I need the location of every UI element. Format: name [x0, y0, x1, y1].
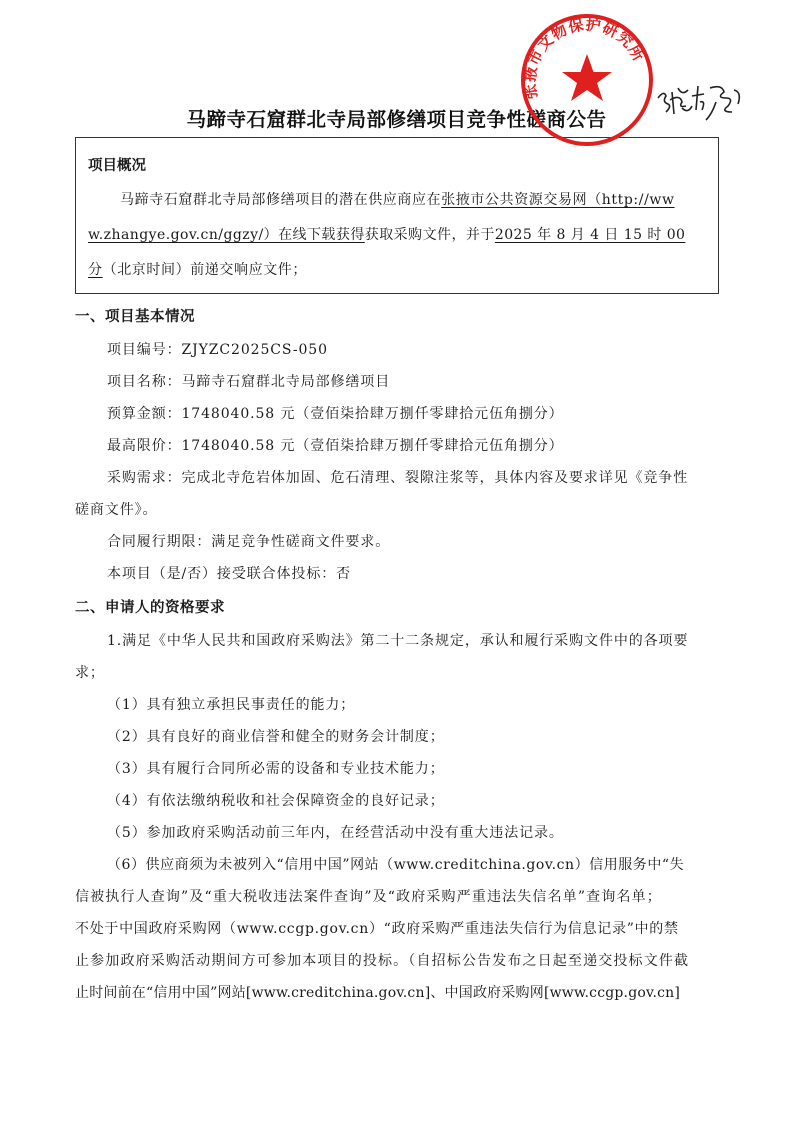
trading-site-link[interactable]: 张掖市公共资源交易网（http://ww [441, 192, 674, 208]
budget-amount: 预算金额：1748040.58 元（壹佰柒拾肆万捌仟零肆拾元伍角捌分） [107, 403, 564, 423]
trading-site-url-link[interactable]: w.zhangye.gov.cn/ggzy/）在线下载获得 [88, 227, 365, 243]
section-1-heading: 一、项目基本情况 [75, 305, 195, 326]
project-number: 项目编号：ZJYZC2025CS-050 [107, 339, 328, 359]
consortium-bid: 本项目（是/否）接受联合体投标：否 [107, 563, 351, 583]
qualification-item-6-line: 止时间前在“信用中国”网站[www.creditchina.gov.cn]、中国… [75, 982, 680, 1002]
qualification-item-1-line-1: 1.满足《中华人民共和国政府采购法》第二十二条规定，承认和履行采购文件中的各项要 [107, 630, 688, 650]
svg-text:张掖市文物保护研究所: 张掖市文物保护研究所 [520, 16, 648, 101]
qualification-subitem: （3）具有履行合同所必需的设备和专业技术能力； [107, 758, 445, 778]
qualification-subitem: （5）参加政府采购活动前三年内，在经营活动中没有重大违法记录。 [107, 822, 564, 842]
deadline-minute: 分 [88, 262, 103, 278]
deadline-datetime: 2025 年 8 月 4 日 15 时 00 [495, 227, 686, 243]
signature-icon [652, 76, 747, 124]
overview-line-2: w.zhangye.gov.cn/ggzy/）在线下载获得获取采购文件，并于20… [88, 224, 685, 244]
qualification-subitem: （2）具有良好的商业信誉和健全的财务会计制度； [107, 726, 445, 746]
qualification-item-6-line: 止参加政府采购活动期间方可参加本项目的投标。（自招标公告发布之日起至递交投标文件… [75, 950, 689, 970]
overview-heading: 项目概况 [88, 154, 146, 175]
qualification-subitem: （4）有依法缴纳税收和社会保障资金的良好记录； [107, 790, 445, 810]
procurement-requirement-line-1: 采购需求：完成北寺危岩体加固、危石清理、裂隙注浆等，具体内容及要求详见《竞争性 [107, 467, 688, 487]
qualification-subitem: （1）具有独立承担民事责任的能力； [107, 694, 355, 714]
overview-line-1: 马蹄寺石窟群北寺局部修缮项目的潜在供应商应在张掖市公共资源交易网（http://… [120, 189, 675, 209]
qualification-item-6-line: （6）供应商须为未被列入“信用中国”网站（www.creditchina.gov… [107, 854, 684, 874]
project-name: 项目名称：马蹄寺石窟群北寺局部修缮项目 [107, 371, 390, 391]
max-price: 最高限价：1748040.58 元（壹佰柒拾肆万捌仟零肆拾元伍角捌分） [107, 435, 564, 455]
contract-period: 合同履行期限：满足竞争性磋商文件要求。 [107, 531, 390, 551]
qualification-item-6-line: 信被执行人查询”及“重大税收违法案件查询”及“政府采购严重违法失信名单”查询名单… [75, 886, 662, 906]
project-overview-box: 项目概况 马蹄寺石窟群北寺局部修缮项目的潜在供应商应在张掖市公共资源交易网（ht… [75, 137, 719, 294]
overview-text: （北京时间）前递交响应文件； [103, 262, 307, 278]
procurement-requirement-line-2: 磋商文件》。 [75, 499, 157, 519]
qualification-item-1-line-2: 求； [75, 662, 105, 682]
section-2-heading: 二、申请人的资格要求 [75, 596, 225, 617]
overview-line-3: 分（北京时间）前递交响应文件； [88, 259, 307, 279]
qualification-item-6-line: 不处于中国政府采购网（www.ccgp.gov.cn）“政府采购严重违法失信行为… [75, 918, 679, 938]
overview-text: 获取采购文件，并于 [365, 227, 495, 243]
document-page: 张掖市文物保护研究所 马蹄寺石窟群北寺局部修缮项目竞争性磋商公告 项目概况 马蹄… [0, 0, 793, 1122]
overview-text: 马蹄寺石窟群北寺局部修缮项目的潜在供应商应在 [120, 192, 441, 208]
